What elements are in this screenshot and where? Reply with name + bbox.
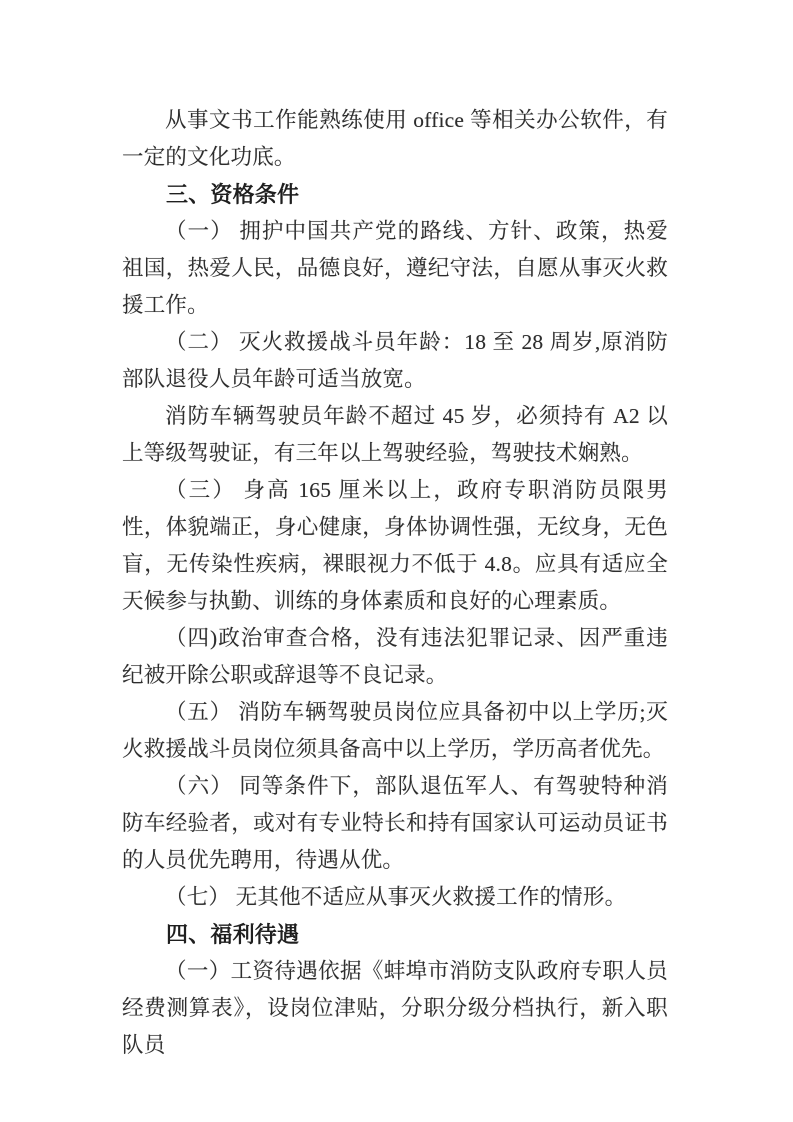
body-paragraph: （一）工资待遇依据《蚌埠市消防支队政府专职人员经费测算表》，设岗位津贴，分职分级…	[122, 953, 668, 1064]
body-paragraph: （六） 同等条件下，部队退伍军人、有驾驶特种消防车经验者，或对有专业特长和持有国…	[122, 768, 668, 879]
body-paragraph: 消防车辆驾驶员年龄不超过 45 岁，必须持有 A2 以上等级驾驶证，有三年以上驾…	[122, 398, 668, 472]
body-paragraph: （四)政治审查合格，没有违法犯罪记录、因严重违纪被开除公职或辞退等不良记录。	[122, 620, 668, 694]
body-paragraph: 从事文书工作能熟练使用 office 等相关办公软件，有一定的文化功底。	[122, 102, 668, 176]
body-paragraph: （二） 灭火救援战斗员年龄：18 至 28 周岁,原消防部队退役人员年龄可适当放…	[122, 324, 668, 398]
body-paragraph: （一） 拥护中国共产党的路线、方针、政策，热爱祖国，热爱人民，品德良好，遵纪守法…	[122, 213, 668, 324]
body-paragraph: （五） 消防车辆驾驶员岗位应具备初中以上学历;灭火救援战斗员岗位须具备高中以上学…	[122, 694, 668, 768]
document-page: 从事文书工作能熟练使用 office 等相关办公软件，有一定的文化功底。三、资格…	[0, 0, 793, 1122]
body-paragraph: （三） 身高 165 厘米以上，政府专职消防员限男性，体貌端正，身心健康，身体协…	[122, 472, 668, 620]
document-content: 从事文书工作能熟练使用 office 等相关办公软件，有一定的文化功底。三、资格…	[122, 102, 668, 1064]
body-paragraph: （七） 无其他不适应从事灭火救援工作的情形。	[122, 879, 668, 916]
section-heading: 三、资格条件	[122, 176, 668, 213]
section-heading: 四、福利待遇	[122, 916, 668, 953]
